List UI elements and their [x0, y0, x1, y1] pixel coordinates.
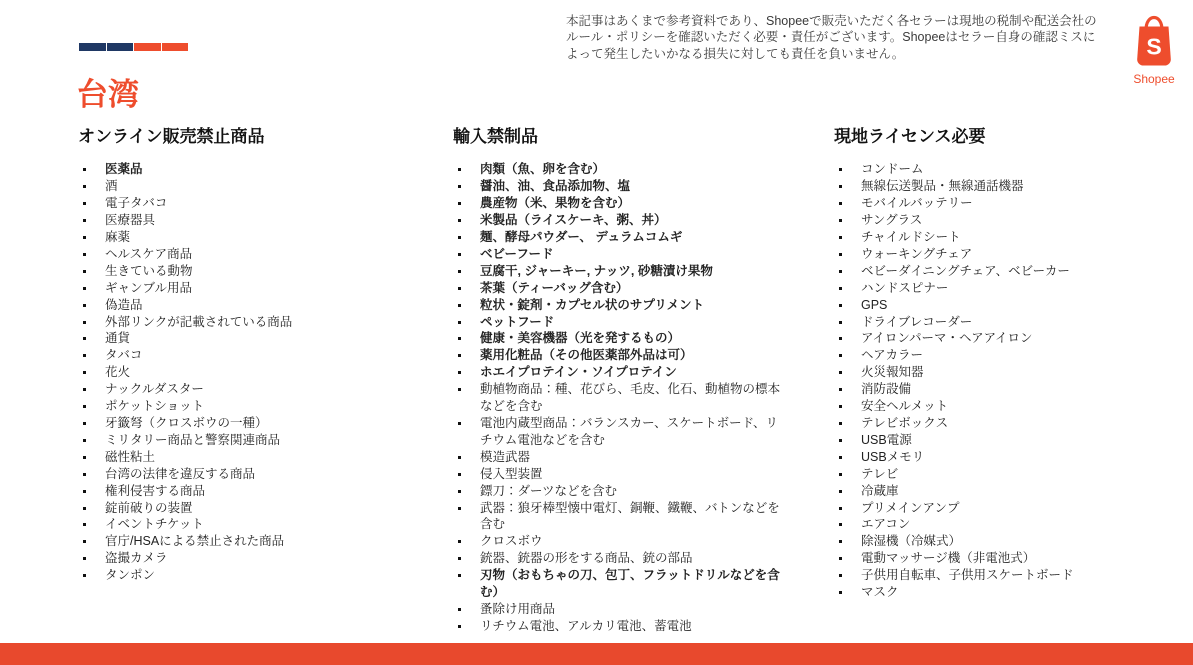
list-item: USB電源: [834, 432, 1190, 449]
list-item: モバイルバッテリー: [834, 195, 1190, 212]
list-item: 消防設備: [834, 381, 1190, 398]
list-item: クロスボウ: [453, 533, 786, 550]
list-item: ヘルスケア商品: [78, 246, 450, 263]
list-item: 麻薬: [78, 229, 450, 246]
list-item: 偽造品: [78, 297, 450, 314]
list-item: チャイルドシート: [834, 229, 1190, 246]
list-item: USBメモリ: [834, 449, 1190, 466]
list-item: 醤油、油、食品添加物、塩: [453, 178, 786, 195]
list-item: コンドーム: [834, 161, 1190, 178]
list-item: 医療器具: [78, 212, 450, 229]
list-item: 冷蔵庫: [834, 483, 1190, 500]
list-item: ウォーキングチェア: [834, 246, 1190, 263]
list-item: 安全ヘルメット: [834, 398, 1190, 415]
list-item: ホエイプロテイン・ソイプロテイン: [453, 364, 786, 381]
shopee-logo-wordmark: Shopee: [1126, 73, 1182, 85]
list-item: 農産物（米、果物を含む）: [453, 195, 786, 212]
column-online-sales-prohibited: オンライン販売禁止商品 医薬品酒電子タバコ医療器具麻薬ヘルスケア商品生きている動…: [78, 127, 450, 584]
item-list: 肉類（魚、卵を含む）醤油、油、食品添加物、塩農産物（米、果物を含む）米製品（ライ…: [453, 161, 786, 634]
list-item: ドライブレコーダー: [834, 314, 1190, 331]
list-item: 生きている動物: [78, 263, 450, 280]
list-item: 健康・美容機器（光を発するもの）: [453, 330, 786, 347]
slide-page: 本記事はあくまで参考資料であり、Shopeeで販売いただく各セラーは現地の税制や…: [0, 0, 1193, 665]
list-item: アイロンパーマ・ヘアアイロン: [834, 330, 1190, 347]
list-item: 茶葉（ティーバッグ含む）: [453, 280, 786, 297]
shopee-logo-letter: S: [1146, 34, 1161, 60]
list-item: 麺、酵母パウダー、 デュラムコムギ: [453, 229, 786, 246]
list-item: 電池内蔵型商品：バランスカー、スケートボード、リチウム電池などを含む: [453, 415, 786, 449]
list-item: サングラス: [834, 212, 1190, 229]
column-header: オンライン販売禁止商品: [78, 127, 450, 147]
list-item: 鏢刀：ダーツなどを含む: [453, 483, 786, 500]
column-import-prohibited: 輸入禁制品 肉類（魚、卵を含む）醤油、油、食品添加物、塩農産物（米、果物を含む）…: [453, 127, 786, 635]
list-item: ヘアカラー: [834, 347, 1190, 364]
list-item: 肉類（魚、卵を含む）: [453, 161, 786, 178]
shopee-bag-icon: S: [1131, 15, 1177, 67]
list-item: 酒: [78, 178, 450, 195]
column-local-license-required: 現地ライセンス必要 コンドーム無線伝送製品・無線通話機器モバイルバッテリーサング…: [834, 127, 1190, 601]
list-item: ペットフード: [453, 314, 786, 331]
list-item: 錠前破りの装置: [78, 500, 450, 517]
list-item: 米製品（ライスケーキ、粥、丼）: [453, 212, 786, 229]
decorative-bar-segment: [107, 43, 134, 51]
list-item: テレビボックス: [834, 415, 1190, 432]
list-item: GPS: [834, 297, 1190, 314]
list-item: ポケットショット: [78, 398, 450, 415]
list-item: 電子タバコ: [78, 195, 450, 212]
list-item: 電動マッサージ機（非電池式）: [834, 550, 1190, 567]
list-item: 粒状・錠剤・カプセル状のサプリメント: [453, 297, 786, 314]
list-item: 医薬品: [78, 161, 450, 178]
page-title: 台湾: [77, 78, 139, 112]
list-item: 動植物商品：種、花びら、毛皮、化石、動植物の標本などを含む: [453, 381, 786, 415]
list-item: 牙籤弩（クロスボウの一種）: [78, 415, 450, 432]
disclaimer-text: 本記事はあくまで参考資料であり、Shopeeで販売いただく各セラーは現地の税制や…: [566, 13, 1106, 62]
item-list: 医薬品酒電子タバコ医療器具麻薬ヘルスケア商品生きている動物ギャンブル用品偽造品外…: [78, 161, 450, 584]
list-item: 模造武器: [453, 449, 786, 466]
footer-bar: [0, 643, 1193, 665]
list-item: 権利侵害する商品: [78, 483, 450, 500]
list-item: プリメインアンプ: [834, 500, 1190, 517]
column-header: 輸入禁制品: [453, 127, 786, 147]
decorative-bar-segment: [162, 43, 189, 51]
list-item: 豆腐干, ジャーキー, ナッツ, 砂糖漬け果物: [453, 263, 786, 280]
list-item: イベントチケット: [78, 516, 450, 533]
list-item: 磁性粘土: [78, 449, 450, 466]
list-item: ナックルダスター: [78, 381, 450, 398]
list-item: 台湾の法律を違反する商品: [78, 466, 450, 483]
list-item: 蚤除け用商品: [453, 601, 786, 618]
list-item: 武器：狼牙棒型懐中電灯、銅鞭、鐵鞭、バトンなどを含む: [453, 500, 786, 534]
list-item: テレビ: [834, 466, 1190, 483]
list-item: ベビーフード: [453, 246, 786, 263]
list-item: ギャンブル用品: [78, 280, 450, 297]
decorative-bar: [79, 43, 188, 51]
list-item: 侵入型装置: [453, 466, 786, 483]
list-item: ハンドスピナー: [834, 280, 1190, 297]
list-item: 火災報知器: [834, 364, 1190, 381]
list-item: 子供用自転車、子供用スケートボード: [834, 567, 1190, 584]
decorative-bar-segment: [79, 43, 106, 51]
list-item: 外部リンクが記載されている商品: [78, 314, 450, 331]
shopee-logo: S Shopee: [1126, 15, 1182, 85]
list-item: 通貨: [78, 330, 450, 347]
list-item: 薬用化粧品（その他医薬部外品は可）: [453, 347, 786, 364]
list-item: 刃物（おもちゃの刀、包丁、フラットドリルなどを含む）: [453, 567, 786, 601]
list-item: 無線伝送製品・無線通話機器: [834, 178, 1190, 195]
list-item: タンポン: [78, 567, 450, 584]
list-item: タバコ: [78, 347, 450, 364]
item-list: コンドーム無線伝送製品・無線通話機器モバイルバッテリーサングラスチャイルドシート…: [834, 161, 1190, 601]
list-item: 官庁/HSAによる禁止された商品: [78, 533, 450, 550]
list-item: 除湿機（冷媒式）: [834, 533, 1190, 550]
list-item: エアコン: [834, 516, 1190, 533]
list-item: ベビーダイニングチェア、ベビーカー: [834, 263, 1190, 280]
list-item: ミリタリー商品と警察関連商品: [78, 432, 450, 449]
list-item: リチウム電池、アルカリ電池、蓄電池: [453, 618, 786, 635]
list-item: 盗撮カメラ: [78, 550, 450, 567]
column-header: 現地ライセンス必要: [834, 127, 1190, 147]
list-item: 銃器、銃器の形をする商品、銃の部品: [453, 550, 786, 567]
list-item: 花火: [78, 364, 450, 381]
decorative-bar-segment: [134, 43, 161, 51]
list-item: マスク: [834, 584, 1190, 601]
